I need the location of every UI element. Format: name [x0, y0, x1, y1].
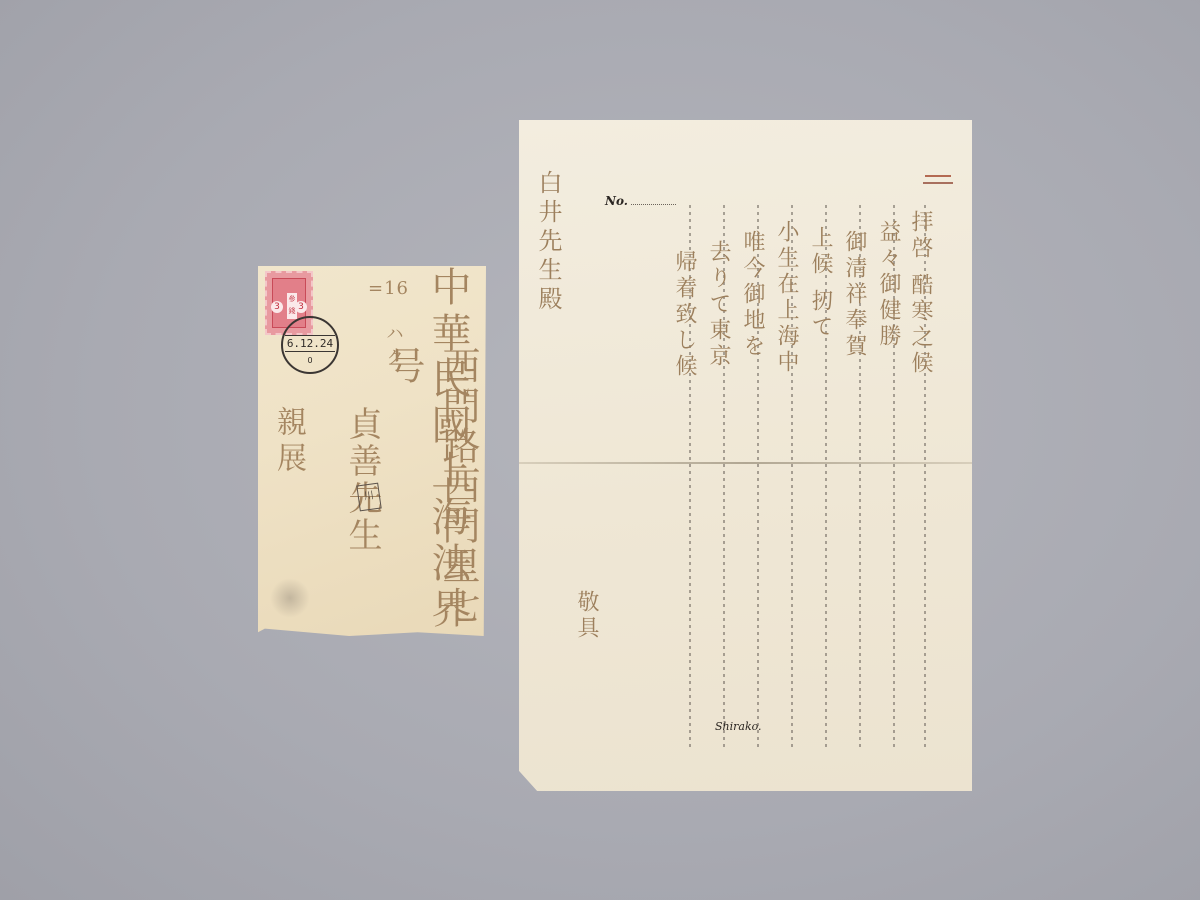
confidential-mark: 親展	[266, 406, 310, 478]
letter-closing: 敬具	[571, 590, 602, 642]
letter-column: 拝啓 酷寒之候	[905, 210, 936, 377]
stamp-center-text: 參錢	[287, 293, 297, 319]
letter-column: 益々御健勝	[873, 220, 904, 350]
letter-column: 御清祥奉賀	[839, 230, 870, 360]
stamp-denomination-left: 3	[271, 301, 283, 313]
address-line-3: ハク	[380, 324, 406, 372]
fold-line	[519, 462, 972, 464]
recipient-name: 貞善先生	[338, 406, 387, 554]
letter-sheet: No. 白井先生殿 拝啓 酷寒之候 益々御健勝 御清祥奉賀 上候 扨て 小生在上…	[519, 120, 972, 791]
postmark-date: 6.12.24	[285, 335, 335, 352]
pencil-note: =16	[368, 278, 409, 299]
letterhead-number-label: No.	[605, 194, 628, 208]
red-mark	[923, 182, 953, 184]
letter-column: 帰着致し候	[669, 250, 700, 380]
ink-smudge	[270, 578, 310, 618]
letterhead-number-line	[631, 204, 676, 205]
address-line-2: 西門路西門里七号	[376, 346, 486, 636]
letter-column: 上候 扨て	[805, 226, 836, 341]
letter-column: 小生在上海中	[771, 220, 802, 376]
box-postal-mark: 川	[356, 483, 381, 512]
envelope: 3 3 參錢 6.12.24 0 =16 中華民國上海法界 西門路西門里七号 ハ…	[258, 266, 486, 636]
postmark-bottom: 0	[283, 356, 337, 365]
letter-column: 唯今御地を	[737, 230, 768, 360]
printed-signature: Shirako.	[715, 720, 762, 733]
letter-column: 去りて東京	[703, 240, 734, 370]
postmark: 6.12.24 0	[281, 316, 339, 374]
red-mark	[925, 175, 951, 177]
letter-addressee: 白井先生殿	[531, 170, 566, 315]
